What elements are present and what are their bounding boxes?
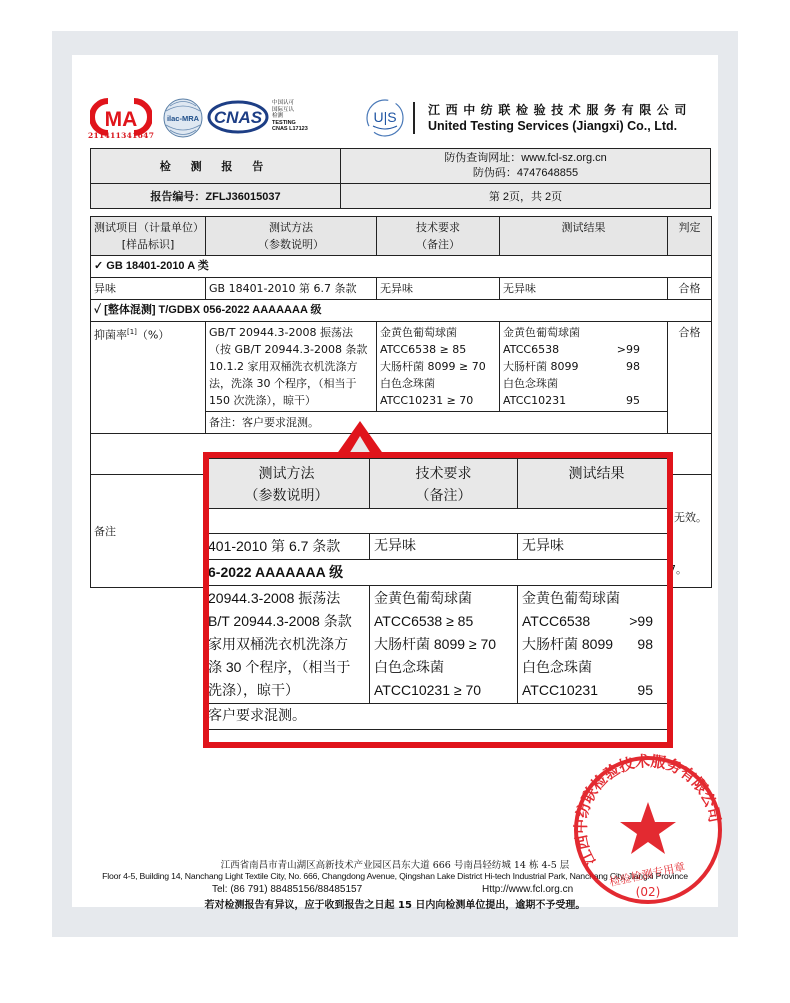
magnified-table: 测试方法（参数说明） 技术要求（备注） 测试结果 401-2010 第 6.7 … <box>203 458 673 748</box>
callout-method: 20944.3-2008 振荡法B/T 20944.3-2008 条款 家用双桶… <box>204 586 370 704</box>
svg-text:MA: MA <box>105 108 138 131</box>
callout-result: 金黄色葡萄球菌 ATCC6538>99 大肠杆菌 809998 白色念珠菌 AT… <box>518 586 674 704</box>
official-seal-stamp: 江西中纺联检验技术服务有限公司 检验检测专用章 (02) <box>568 750 728 910</box>
section-gb18401: ✓ GB 18401-2010 A 类 <box>91 256 712 278</box>
callout-header-requirement: 技术要求（备注） <box>370 459 518 509</box>
callout-note: 客户要求混测。 <box>204 704 674 730</box>
website-link[interactable]: Http://www.fcl.org.cn <box>482 884 573 895</box>
col-header-verdict: 判定 <box>668 217 712 256</box>
callout-requirement: 金黄色葡萄球菌ATCC6538 ≥ 85大肠杆菌 8099 ≥ 70白色念珠菌A… <box>370 586 518 704</box>
header-divider <box>413 102 415 134</box>
col-header-requirement: 技术要求（备注） <box>377 217 500 256</box>
callout-section: 6-2022 AAAAAAA 级 <box>204 560 674 586</box>
table-header-row: 测试项目（计量单位）[样品标识] 测试方法（参数说明） 技术要求（备注） 测试结… <box>91 217 712 256</box>
callout-header-method: 测试方法（参数说明） <box>204 459 370 509</box>
antibacterial-result: 金黄色葡萄球菌 ATCC6538>99 大肠杆菌 809998 白色念珠菌 AT… <box>500 322 668 412</box>
table-row: 401-2010 第 6.7 条款 无异味 无异味 <box>204 534 674 560</box>
verify-code: 防伪码：4747648855 <box>342 166 709 181</box>
col-header-result: 测试结果 <box>500 217 668 256</box>
antibacterial-verdict: 合格 <box>668 322 712 434</box>
antibacterial-method: GB/T 20944.3-2008 振荡法（按 GB/T 20944.3-200… <box>206 322 377 412</box>
star-icon <box>620 802 676 854</box>
table-row: 20944.3-2008 振荡法B/T 20944.3-2008 条款 家用双桶… <box>204 586 674 704</box>
company-name-cn: 江西中纺联检验技术服务有限公司 <box>428 101 692 118</box>
cnas-logo: CNAS <box>207 100 269 134</box>
verify-url[interactable]: 防伪查询网址：www.fcl-sz.org.cn <box>342 151 709 166</box>
svg-text:(02): (02) <box>636 885 661 899</box>
cma-number: 211411341647 <box>88 131 154 140</box>
section-tgdbx056: ✓ [整体混测] T/GDBX 056-2022 AAAAAAA 级 <box>91 300 712 322</box>
verification-info: 防伪查询网址：www.fcl-sz.org.cn 防伪码：4747648855 <box>341 149 711 184</box>
svg-text:CNAS: CNAS <box>214 108 263 127</box>
col-header-method: 测试方法（参数说明） <box>206 217 377 256</box>
table-row: 异味 GB 18401-2010 第 6.7 条款 无异味 无异味 合格 <box>91 278 712 300</box>
company-name-en: United Testing Services (Jiangxi) Co., L… <box>428 119 677 133</box>
callout-header-result: 测试结果 <box>518 459 674 509</box>
callout-blank-row <box>204 730 674 749</box>
antibacterial-note: 备注：客户要求混测。 <box>206 412 668 434</box>
antibacterial-item: 抑菌率[1]（%） <box>91 322 206 434</box>
table-row: 抑菌率[1]（%） GB/T 20944.3-2008 振荡法（按 GB/T 2… <box>91 322 712 412</box>
antibacterial-requirement: 金黄色葡萄球菌ATCC6538 ≥ 85大肠杆菌 8099 ≥ 70白色念珠菌A… <box>377 322 500 412</box>
magnified-callout: 测试方法（参数说明） 技术要求（备注） 测试结果 401-2010 第 6.7 … <box>203 452 673 748</box>
uts-logo: U|S <box>365 98 405 138</box>
svg-text:U|S: U|S <box>373 109 396 125</box>
report-number: 报告编号：ZFLJ36015037 <box>91 184 341 209</box>
report-title: 检 测 报 告 <box>91 149 341 184</box>
svg-text:ilac-MRA: ilac-MRA <box>167 114 200 123</box>
page-info: 第 2页，共 2页 <box>341 184 711 209</box>
callout-blank-row <box>204 509 674 534</box>
col-header-item: 测试项目（计量单位）[样品标识] <box>91 217 206 256</box>
cnas-accreditation-text: 中国认可 国际互认 检测 TESTING CNAS L17123 <box>272 100 308 133</box>
remarks-label: 备注 <box>91 475 206 588</box>
report-header-table: 检 测 报 告 防伪查询网址：www.fcl-sz.org.cn 防伪码：474… <box>90 148 711 209</box>
telephone: Tel: (86 791) 88485156/88485157 <box>212 884 362 895</box>
ilac-mra-logo: ilac-MRA <box>162 97 204 139</box>
